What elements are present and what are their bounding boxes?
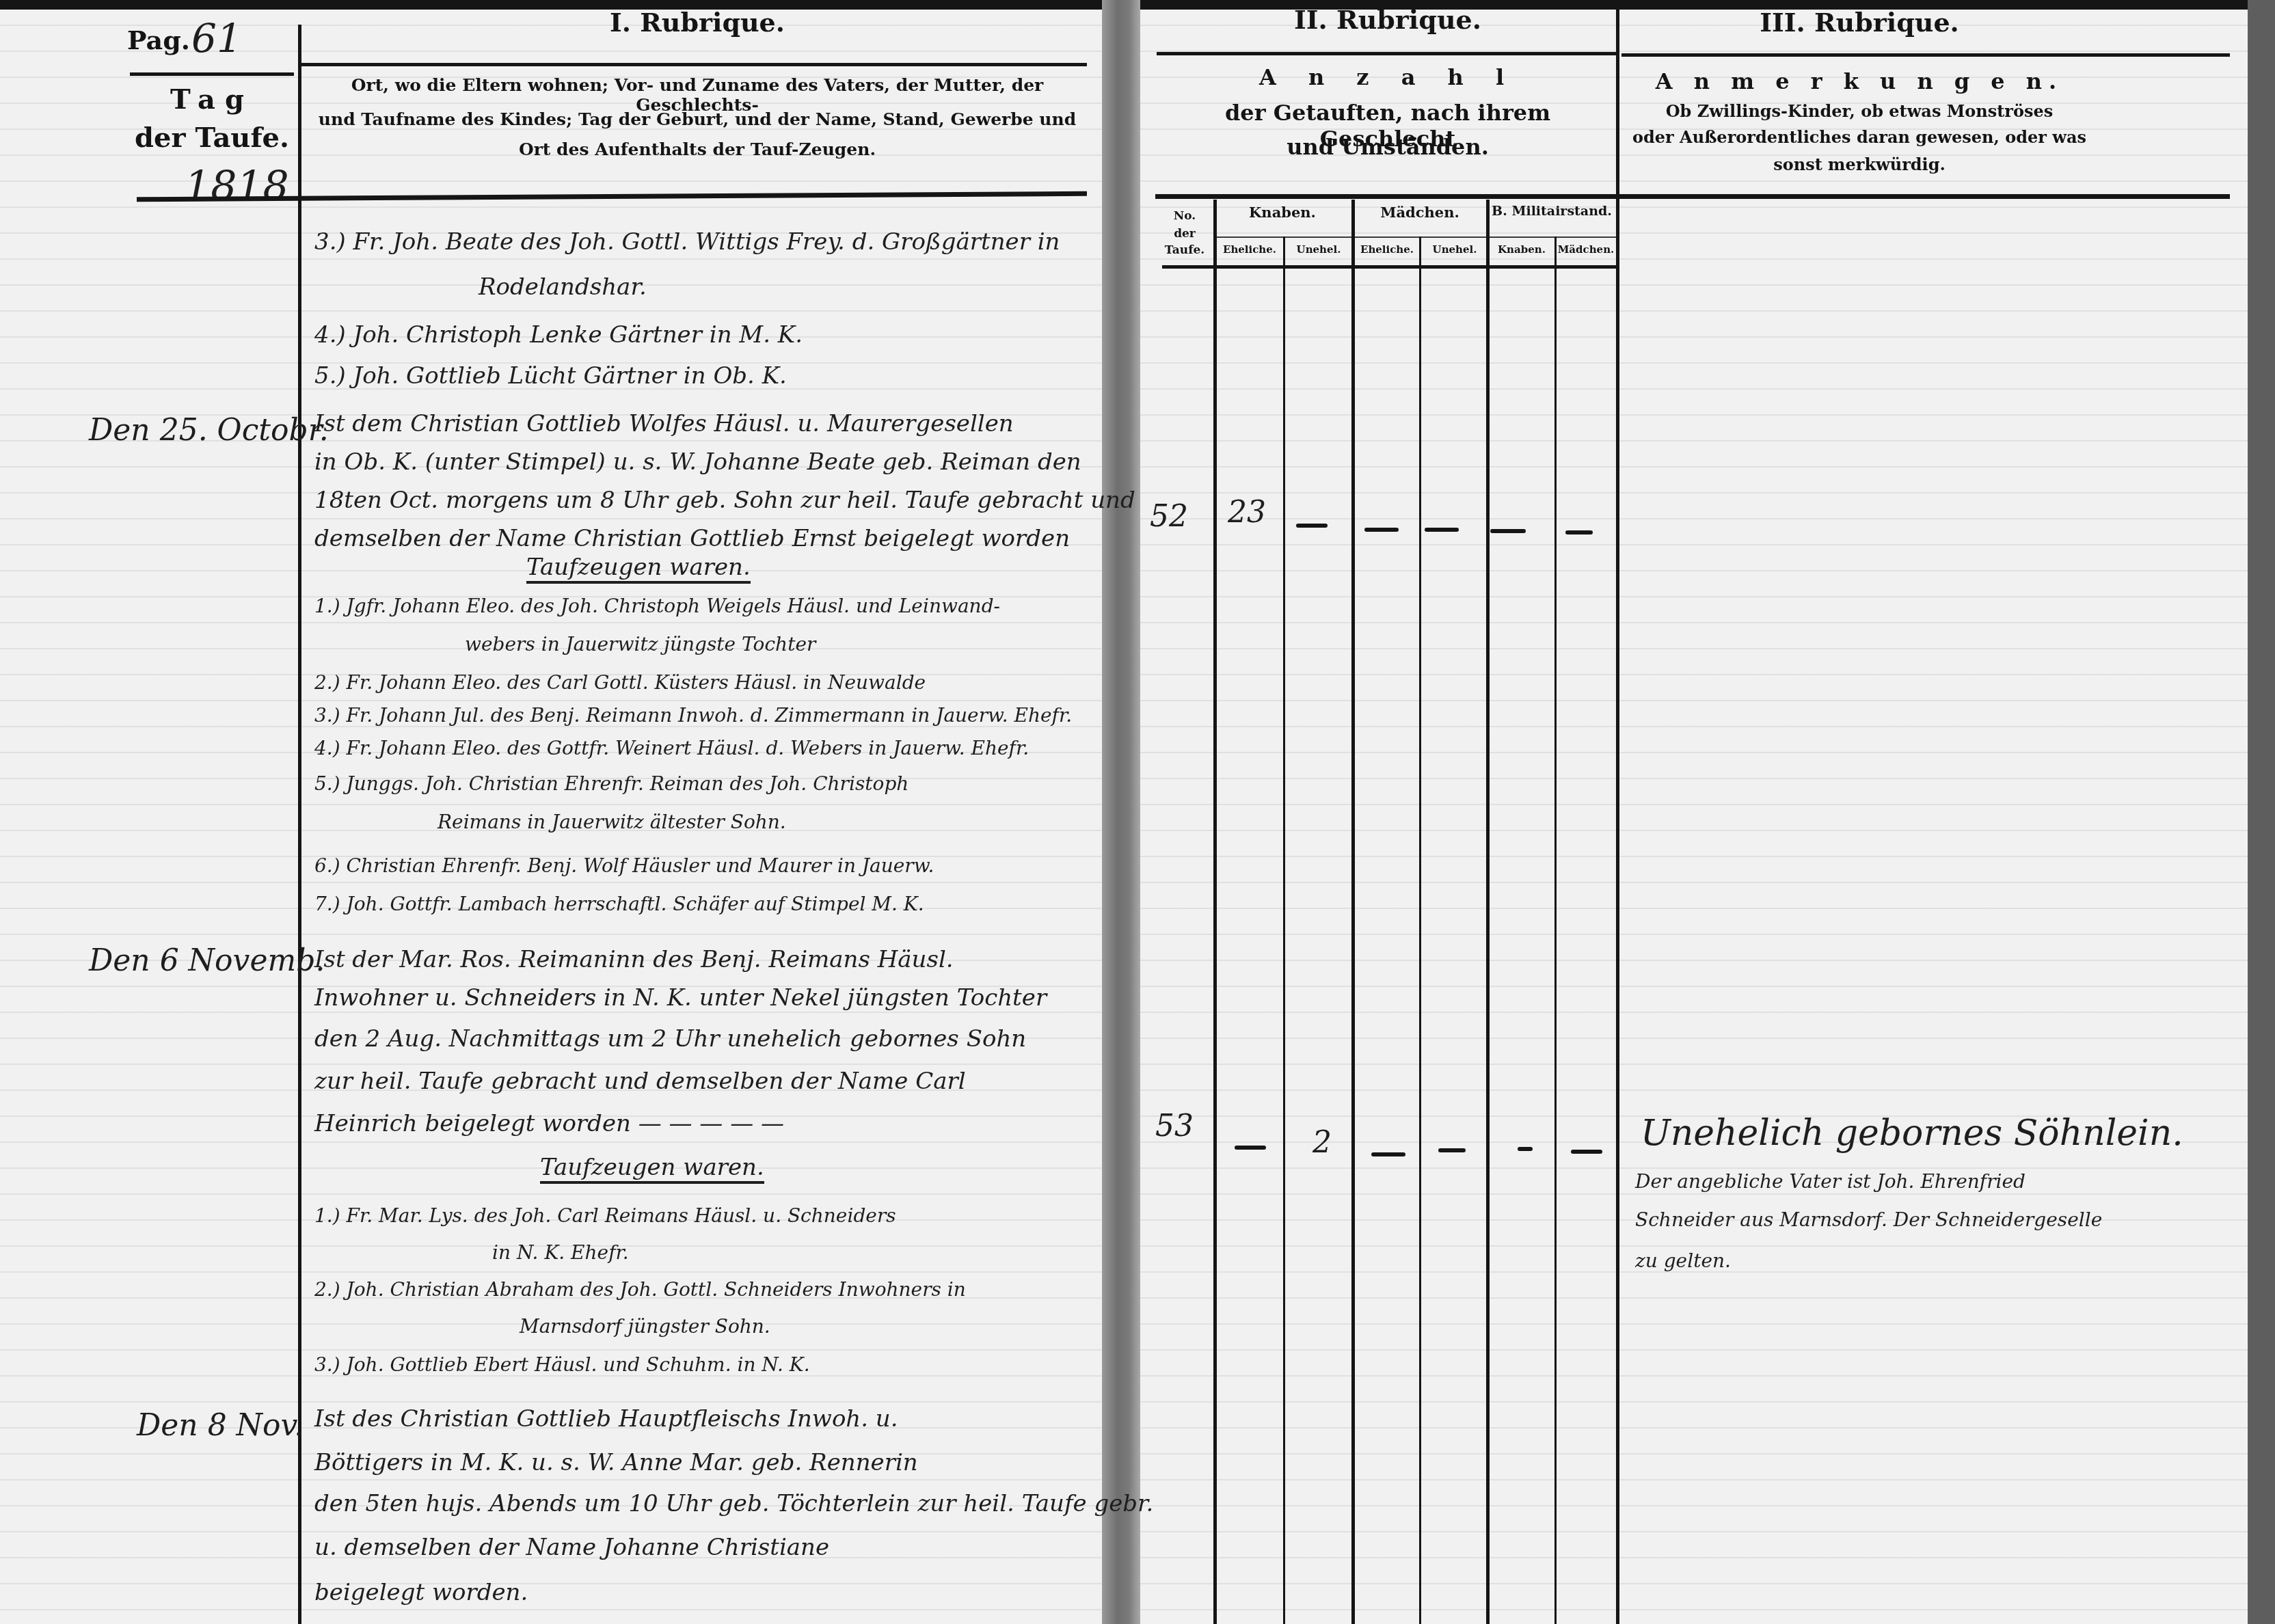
col-line-maedchen-militair	[1486, 200, 1490, 1624]
page-number-rule	[130, 72, 294, 76]
entry1-no: 52	[1150, 499, 1188, 534]
rubrique1-desc-line2: und Taufname des Kindes; Tag der Geburt,…	[308, 109, 1087, 129]
subheader-bottom-rule	[1162, 265, 1616, 269]
entry3-line: beigelegt worden.	[314, 1579, 528, 1606]
entry2-witness-heading: Taufzeugen waren.	[540, 1154, 764, 1184]
col-line-knaben-maedchen	[1351, 200, 1355, 1624]
entry2-mil-knaben-dash	[1518, 1147, 1533, 1151]
right-header-bottom-rule	[1155, 194, 2230, 199]
col-maedchen-unehel: Unehel.	[1422, 243, 1487, 256]
entry1-witness: 2.) Fr. Johann Eleo. des Carl Gottl. Küs…	[314, 671, 926, 694]
col-maedchen: Mädchen.	[1354, 204, 1486, 221]
entry2-witness: 1.) Fr. Mar. Lys. des Joh. Carl Reimans …	[314, 1204, 896, 1227]
entry1-witness: 3.) Fr. Johann Jul. des Benj. Reimann In…	[314, 704, 1072, 727]
entry1-knaben-unehel-dash	[1296, 524, 1328, 528]
rubrique3-desc-line3: oder Außerordentliches daran gewesen, od…	[1620, 127, 2099, 147]
col-knaben-ehel: Eheliche.	[1215, 243, 1284, 256]
rubrique3-desc-line2: Ob Zwillings-Kinder, ob etwas Monströses	[1620, 101, 2099, 121]
entry1-maedchen-unehel-dash	[1425, 528, 1459, 532]
col-no-line3: Taufe.	[1155, 243, 1214, 257]
entry2-knaben-ehel-dash	[1235, 1146, 1266, 1150]
entry2-line: den 2 Aug. Nachmittags um 2 Uhr unehelic…	[314, 1025, 1026, 1053]
entry2-line: Heinrich beigelegt worden — — — — —	[314, 1110, 784, 1137]
entry3-line: Böttigers in M. K. u. s. W. Anne Mar. ge…	[314, 1449, 918, 1476]
entry1-witness: webers in Jauerwitz jüngste Tochter	[465, 633, 816, 655]
col-line-knaben-mid	[1283, 236, 1285, 1624]
rubrique2-desc-line1: A n z a h l	[1155, 64, 1620, 90]
entry3-line: u. demselben der Name Johanne Christiane	[314, 1534, 829, 1561]
col-no-line2: der	[1155, 227, 1214, 241]
rubrique3-title: III. Rubrique.	[1620, 7, 2099, 38]
entry3-date: Den 8 Nov.	[137, 1408, 304, 1443]
col-line-maedchen-mid	[1419, 236, 1421, 1624]
date-col-header-line2: der Taufe.	[130, 122, 294, 154]
rubrique2-title-rule	[1157, 52, 1616, 55]
entry1-witness: 1.) Jgfr. Johann Eleo. des Joh. Christop…	[314, 595, 1000, 617]
entry3-line: Ist des Christian Gottlieb Hauptfleischs…	[314, 1405, 898, 1433]
rubrique1-title: I. Rubrique.	[301, 7, 1094, 38]
entry2-witness: Marnsdorf jüngster Sohn.	[520, 1315, 770, 1338]
entry0-line: Rodelandshar.	[479, 273, 647, 301]
col-knaben-unehel: Unehel.	[1285, 243, 1352, 256]
rubrique2-3-divider	[1616, 10, 1619, 1624]
register-year: 1818	[185, 163, 289, 211]
date-col-header-line1: Tag	[130, 83, 294, 116]
entry0-line: 4.) Joh. Christoph Lenke Gärtner in M. K…	[314, 321, 803, 349]
entry2-witness: 3.) Joh. Gottlieb Ebert Häusl. und Schuh…	[314, 1353, 810, 1376]
entry2-date: Den 6 Novemb.	[89, 943, 325, 978]
page-label: Pag.	[127, 25, 190, 55]
entry1-mil-maedchen-dash	[1565, 530, 1593, 534]
rubrique2-desc-line3: und Umständen.	[1155, 134, 1620, 160]
col-maedchen-ehel: Eheliche.	[1354, 243, 1421, 256]
date-column-divider	[298, 25, 301, 1624]
col-no-line1: No.	[1155, 209, 1214, 223]
entry2-knaben-unehel: 2	[1312, 1125, 1332, 1160]
col-militairstand: B. Militairstand.	[1487, 204, 1616, 219]
entry2-mil-maedchen-dash	[1571, 1150, 1602, 1154]
scan-right-edge	[2248, 0, 2275, 1624]
rubrique1-title-rule	[301, 63, 1087, 66]
entry1-witness: 5.) Junggs. Joh. Christian Ehrenfr. Reim…	[314, 772, 908, 795]
entry1-knaben-ehel: 23	[1228, 495, 1266, 530]
entry1-witness-heading: Taufzeugen waren.	[526, 554, 751, 584]
col-mil-maedchen: Mädchen.	[1556, 243, 1616, 256]
col-line-militair-mid	[1554, 236, 1557, 1624]
entry2-line: Inwohner u. Schneiders in N. K. unter Ne…	[314, 984, 1047, 1012]
entry1-mil-knaben-dash	[1490, 529, 1526, 533]
entry1-line: Ist dem Christian Gottlieb Wolfes Häusl.…	[314, 410, 1014, 437]
entry1-maedchen-ehel-dash	[1364, 528, 1399, 532]
col-mil-knaben: Knaben.	[1489, 243, 1554, 256]
rubrique1-desc-line3: Ort des Aufenthalts der Tauf-Zeugen.	[308, 139, 1087, 159]
rubrique3-title-rule	[1621, 53, 2230, 57]
entry2-remark-line: Der angebliche Vater ist Joh. Ehrenfried	[1635, 1170, 2025, 1193]
entry1-witness: 4.) Fr. Johann Eleo. des Gottfr. Weinert…	[314, 737, 1029, 759]
entry0-line: 3.) Fr. Joh. Beate des Joh. Gottl. Witti…	[314, 228, 1060, 256]
entry2-remark-title: Unehelich gebornes Söhnlein.	[1641, 1113, 2183, 1154]
entry2-witness: 2.) Joh. Christian Abraham des Joh. Gott…	[314, 1278, 966, 1301]
entry2-maedchen-unehel-dash	[1438, 1148, 1466, 1152]
rubrique3-desc-line1: A n m e r k u n g e n.	[1620, 68, 2099, 94]
rubrique2-title: II. Rubrique.	[1155, 4, 1620, 35]
entry1-line: demselben der Name Christian Gottlieb Er…	[314, 525, 1070, 552]
register-page: Pag. 61 Tag der Taufe. 1818 I. Rubrique.…	[0, 0, 2275, 1624]
entry1-witness: 7.) Joh. Gottfr. Lambach herrschaftl. Sc…	[314, 893, 924, 915]
entry1-date: Den 25. Octobr.	[89, 413, 329, 448]
entry2-no: 53	[1155, 1109, 1194, 1143]
entry1-line: in Ob. K. (unter Stimpel) u. s. W. Johan…	[314, 448, 1081, 476]
entry3-line: den 5ten hujs. Abends um 10 Uhr geb. Töc…	[314, 1490, 1153, 1517]
book-gutter	[1102, 0, 1140, 1624]
col-line-no	[1213, 200, 1217, 1624]
entry1-witness: 6.) Christian Ehrenfr. Benj. Wolf Häusle…	[314, 854, 934, 877]
entry2-remark-line: zu gelten.	[1635, 1249, 1731, 1272]
col-knaben: Knaben.	[1215, 204, 1349, 221]
entry2-witness: in N. K. Ehefr.	[492, 1241, 629, 1264]
rubrique3-desc-line4: sonst merkwürdig.	[1620, 154, 2099, 174]
entry1-witness: Reimans in Jauerwitz ältester Sohn.	[437, 811, 786, 833]
entry2-line: zur heil. Taufe gebracht und demselben d…	[314, 1068, 966, 1095]
entry2-maedchen-ehel-dash	[1371, 1152, 1405, 1156]
page-number: 61	[191, 15, 242, 62]
entry0-line: 5.) Joh. Gottlieb Lücht Gärtner in Ob. K…	[314, 362, 787, 390]
entry2-remark-line: Schneider aus Marnsdorf. Der Schneiderge…	[1635, 1208, 2102, 1231]
entry1-line: 18ten Oct. morgens um 8 Uhr geb. Sohn zu…	[314, 487, 1135, 514]
entry2-line: Ist der Mar. Ros. Reimaninn des Benj. Re…	[314, 946, 954, 973]
